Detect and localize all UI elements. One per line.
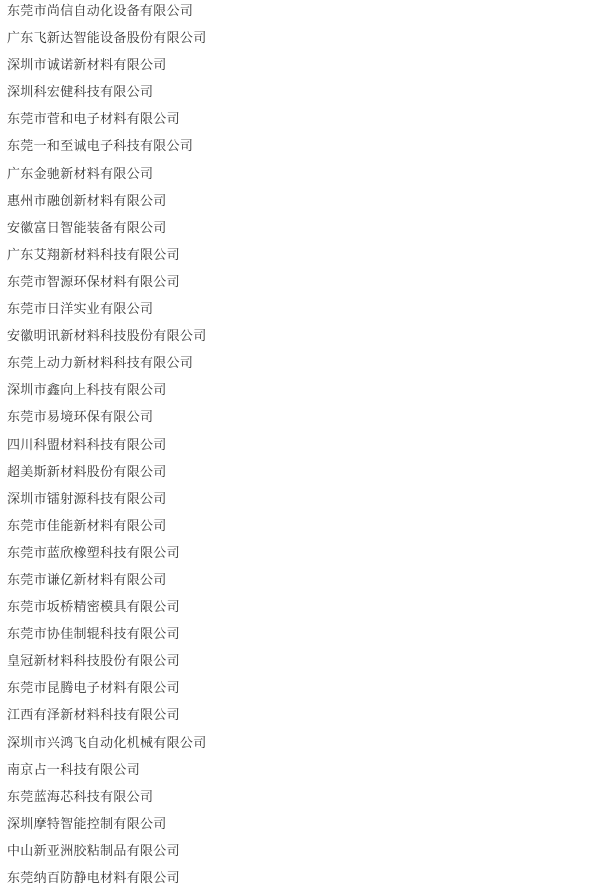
company-item: 东莞市协佳制辊科技有限公司 [7, 625, 605, 652]
company-item: 东莞市佳能新材料有限公司 [7, 517, 605, 544]
company-item: 深圳市鑫向上科技有限公司 [7, 381, 605, 408]
company-item: 安徽明讯新材料科技股份有限公司 [7, 327, 605, 354]
company-item: 东莞市昆腾电子材料有限公司 [7, 679, 605, 706]
company-item: 惠州市融创新材料有限公司 [7, 192, 605, 219]
company-item: 东莞市易境环保有限公司 [7, 408, 605, 435]
company-item: 东莞市日洋实业有限公司 [7, 300, 605, 327]
company-item: 东莞市尚信自动化设备有限公司 [7, 2, 605, 29]
company-item: 广东金驰新材料有限公司 [7, 165, 605, 192]
company-item: 东莞市智源环保材料有限公司 [7, 273, 605, 300]
company-item: 中山新亚洲胶粘制品有限公司 [7, 842, 605, 869]
company-item: 深圳摩特智能控制有限公司 [7, 815, 605, 842]
company-item: 东莞上动力新材料科技有限公司 [7, 354, 605, 381]
company-item: 深圳市诚诺新材料有限公司 [7, 56, 605, 83]
company-item: 安徽富日智能装备有限公司 [7, 219, 605, 246]
company-item: 东莞市坂桥精密模具有限公司 [7, 598, 605, 625]
company-item: 超美斯新材料股份有限公司 [7, 463, 605, 490]
company-item: 广东飞新达智能设备股份有限公司 [7, 29, 605, 56]
company-item: 江西有泽新材料科技有限公司 [7, 706, 605, 733]
company-item: 东莞市菅和电子材料有限公司 [7, 110, 605, 137]
company-item: 广东艾翔新材料科技有限公司 [7, 246, 605, 273]
company-item: 东莞市蓝欣橡塑科技有限公司 [7, 544, 605, 571]
company-item: 南京占一科技有限公司 [7, 761, 605, 788]
company-list: 东莞市尚信自动化设备有限公司 广东飞新达智能设备股份有限公司 深圳市诚诺新材料有… [7, 2, 605, 893]
company-item: 深圳市镭射源科技有限公司 [7, 490, 605, 517]
company-item: 东莞纳百防静电材料有限公司 [7, 869, 605, 893]
company-item: 东莞一和至诚电子科技有限公司 [7, 137, 605, 164]
company-item: 东莞蓝海芯科技有限公司 [7, 788, 605, 815]
company-item: 深圳市兴鸿飞自动化机械有限公司 [7, 734, 605, 761]
company-item: 深圳科宏健科技有限公司 [7, 83, 605, 110]
company-item: 四川科盟材料科技有限公司 [7, 436, 605, 463]
company-item: 皇冠新材料科技股份有限公司 [7, 652, 605, 679]
company-item: 东莞市谦亿新材料有限公司 [7, 571, 605, 598]
